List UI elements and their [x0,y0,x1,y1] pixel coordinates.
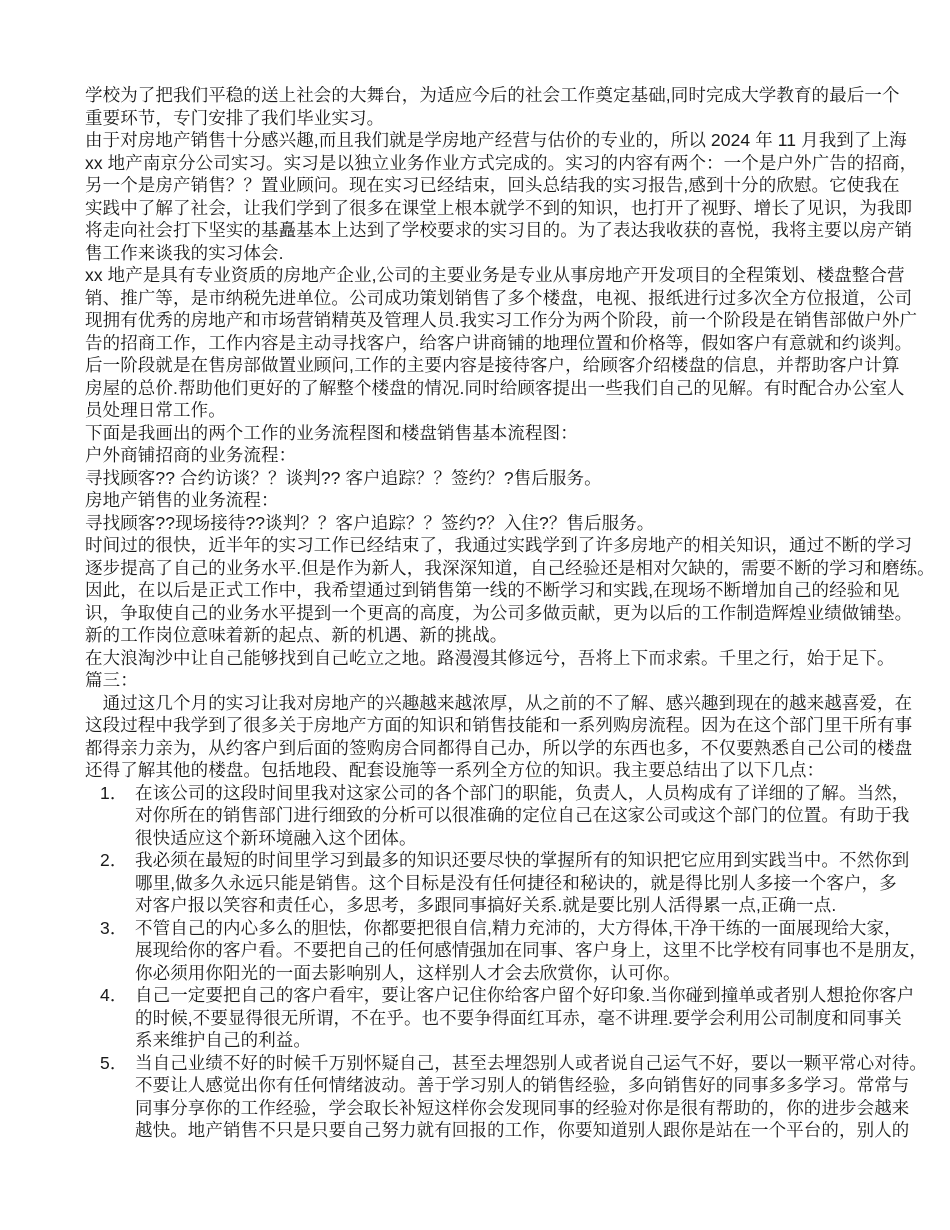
text-line: 寻找顾客??现场接待??谈判？？客户追踪？？签约?？入住?？售后服务。 [85,512,947,535]
text-line: 房屋的总价.帮助他们更好的了解整个楼盘的情况.同时给顾客提出一些我们自己的见解。… [85,377,947,400]
line-text: 销、推广等，是市纳税先进单位。公司成功策划销售了多个楼盘，电视、报纸进行过多次全… [85,288,912,308]
line-text: 篇三： [85,670,138,690]
line-text: 自己一定要把自己的客户看牢，要让客户记住你给客户留个好印象.当你碰到撞单或者别人… [135,985,914,1005]
text-line: 4．自己一定要把自己的客户看牢，要让客户记住你给客户留个好印象.当你碰到撞单或者… [85,984,947,1007]
text-line: 后一阶段就是在售房部做置业顾问,工作的主要内容是接待客户，给顾客介绍楼盘的信息，… [85,354,947,377]
document-body: 学校为了把我们平稳的送上社会的大舞台，为适应今后的社会工作奠定基础,同时完成大学… [85,84,947,1142]
text-line: 同事分享你的工作经验，学会取长补短这样你会发现同事的经验对你是很有帮助的，你的进… [85,1097,947,1120]
line-text: 学校为了把我们平稳的送上社会的大舞台，为适应今后的社会工作奠定基础,同时完成大学… [85,85,900,105]
text-line: xx 地产南京分公司实习。实习是以独立业务作业方式完成的。实习的内容有两个：一个… [85,152,947,175]
text-line: 越快。地产销售不只是只要自己努力就有回报的工作，你要知道别人跟你是站在一个平台的… [85,1119,947,1142]
text-line: 这段过程中我学到了很多关于房地产方面的知识和销售技能和一系列购房流程。因为在这个… [85,714,947,737]
text-line: 识，争取使自己的业务水平提到一个更高的高度，为公司多做贡献，更为以后的工作制造辉… [85,602,947,625]
line-text: 后一阶段就是在售房部做置业顾问,工作的主要内容是接待客户，给顾客介绍楼盘的信息，… [85,355,900,375]
text-line: 将走向社会打下坚实的基矗基本上达到了学校要求的实习目的。为了表达我收获的喜悦，我… [85,219,947,242]
line-text: 现拥有优秀的房地产和市场营销精英及管理人员.我实习工作分为两个阶段，前一个阶段是… [85,310,917,330]
line-text: 越快。地产销售不只是只要自己努力就有回报的工作，你要知道别人跟你是站在一个平台的… [135,1120,909,1140]
line-text: 你必须用你阳光的一面去影响别人，这样别人才会去欣赏你，认可你。 [135,963,681,983]
text-line: 在大浪淘沙中让自己能够找到自己屹立之地。路漫漫其修远兮，吾将上下而求索。千里之行… [85,647,947,670]
list-number: 2． [100,849,135,872]
text-line: 实践中了解了社会，让我们学到了很多在课堂上根本就学不到的知识，也打开了视野、增长… [85,197,947,220]
line-text: 展现给你的客户看。不要把自己的任何感情强加在同事、客户身上，这里不比学校有同事也… [135,940,927,960]
text-line: 展现给你的客户看。不要把自己的任何感情强加在同事、客户身上，这里不比学校有同事也… [85,939,947,962]
text-line: 售工作来谈我的实习体会. [85,242,947,265]
text-line: 因此，在以后是正式工作中，我希望通过到销售第一线的不断学习和实践,在现场不断增加… [85,579,947,602]
line-text: 重要环节，专门安排了我们毕业实习。 [85,108,384,128]
line-text: 在该公司的这段时间里我对这家公司的各个部门的职能，负责人，人员构成有了详细的了解… [135,783,909,803]
line-text: 在大浪淘沙中让自己能够找到自己屹立之地。路漫漫其修远兮，吾将上下而求索。千里之行… [85,648,895,668]
line-text: 很快适应这个新环境融入这个团体。 [135,828,417,848]
document-page: 学校为了把我们平稳的送上社会的大舞台，为适应今后的社会工作奠定基础,同时完成大学… [0,0,950,1230]
text-line: 逐步提高了自己的业务水平.但是作为新人，我深深知道，自己经验还是相对欠缺的，需要… [85,557,947,580]
line-text: 识，争取使自己的业务水平提到一个更高的高度，为公司多做贡献，更为以后的工作制造辉… [85,603,912,623]
text-line: 通过这几个月的实习让我对房地产的兴趣越来越浓厚，从之前的不了解、感兴趣到现在的越… [85,692,947,715]
text-line: 另一个是房产销售？？置业顾问。现在实习已经结束，回头总结我的实习报告,感到十分的… [85,174,947,197]
text-line: 很快适应这个新环境融入这个团体。 [85,827,947,850]
text-line: 5．当自己业绩不好的时候千万别怀疑自己，甚至去埋怨别人或者说自己运气不好，要以一… [85,1052,947,1075]
line-text: 哪里,做多久永远只能是销售。这个目标是没有任何捷径和秘诀的，就是得比别人多接一个… [135,873,897,893]
text-line: 重要环节，专门安排了我们毕业实习。 [85,107,947,130]
line-text: 售工作来谈我的实习体会. [85,243,284,263]
text-line: 2．我必须在最短的时间里学习到最多的知识还要尽快的掌握所有的知识把它应用到实践当… [85,849,947,872]
text-line: 哪里,做多久永远只能是销售。这个目标是没有任何捷径和秘诀的，就是得比别人多接一个… [85,872,947,895]
text-line: xx 地产是具有专业资质的房地产企业,公司的主要业务是专业从事房地产开发项目的全… [85,264,947,287]
list-number: 3． [100,917,135,940]
line-text: 不管自己的内心多么的胆怯，你都要把很自信,精力充沛的，大方得体,干净干练的一面展… [135,918,902,938]
line-text: 房屋的总价.帮助他们更好的了解整个楼盘的情况.同时给顾客提出一些我们自己的见解。… [85,378,905,398]
text-line: 的时候,不要显得很无所谓，不在乎。也不要争得面红耳赤，毫不讲理.要学会利用公司制… [85,1007,947,1030]
line-text: 我必须在最短的时间里学习到最多的知识还要尽快的掌握所有的知识把它应用到实践当中。… [135,850,909,870]
line-text: 另一个是房产销售？？置业顾问。现在实习已经结束，回头总结我的实习报告,感到十分的… [85,175,900,195]
line-text: xx 地产是具有专业资质的房地产企业,公司的主要业务是专业从事房地产开发项目的全… [85,265,905,285]
line-text: 将走向社会打下坚实的基矗基本上达到了学校要求的实习目的。为了表达我收获的喜悦，我… [85,220,912,240]
line-text: 都得亲力亲为，从约客户到后面的签购房合同都得自己办，所以学的东西也多，不仅要熟悉… [85,738,912,758]
line-text: 同事分享你的工作经验，学会取长补短这样你会发现同事的经验对你是很有帮助的，你的进… [135,1098,909,1118]
list-number: 5． [100,1052,135,1075]
line-text: 对你所在的销售部门进行细致的分析可以很准确的定位自己在这家公司或这个部门的位置。… [135,805,909,825]
text-line: 由于对房地产销售十分感兴趣,而且我们就是学房地产经营与估价的专业的，所以 202… [85,129,947,152]
text-line: 系来维护自己的利益。 [85,1029,947,1052]
text-line: 新的工作岗位意味着新的起点、新的机遇、新的挑战。 [85,624,947,647]
line-text: 户外商铺招商的业务流程： [85,445,296,465]
line-text: 房地产销售的业务流程： [85,490,279,510]
line-text: 通过这几个月的实习让我对房地产的兴趣越来越浓厚，从之前的不了解、感兴趣到现在的越… [85,693,912,713]
text-line: 都得亲力亲为，从约客户到后面的签购房合同都得自己办，所以学的东西也多，不仅要熟悉… [85,737,947,760]
text-line: 下面是我画出的两个工作的业务流程图和楼盘销售基本流程图： [85,422,947,445]
list-number: 1． [100,782,135,805]
line-text: 下面是我画出的两个工作的业务流程图和楼盘销售基本流程图： [85,423,578,443]
line-text: 逐步提高了自己的业务水平.但是作为新人，我深深知道，自己经验还是相对欠缺的，需要… [85,558,935,578]
text-line: 对客户报以笑容和责任心，多思考，多跟同事搞好关系.就是要比别人活得累一点,正确一… [85,894,947,917]
line-text: 不要让人感觉出你有任何情绪波动。善于学习别人的销售经验，多向销售好的同事多多学习… [135,1075,909,1095]
line-text: 告的招商工作，工作内容是主动寻找客户，给客户讲商铺的地理位置和价格等，假如客户有… [85,333,912,353]
text-line: 销、推广等，是市纳税先进单位。公司成功策划销售了多个楼盘，电视、报纸进行过多次全… [85,287,947,310]
line-text: 因此，在以后是正式工作中，我希望通过到销售第一线的不断学习和实践,在现场不断增加… [85,580,900,600]
line-text: 对客户报以笑容和责任心，多思考，多跟同事搞好关系.就是要比别人活得累一点,正确一… [135,895,836,915]
list-number: 4． [100,984,135,1007]
text-line: 还得了解其他的楼盘。包括地段、配套设施等一系列全方位的知识。我主要总结出了以下几… [85,759,947,782]
line-text: 的时候,不要显得很无所谓，不在乎。也不要争得面红耳赤，毫不讲理.要学会利用公司制… [135,1008,902,1028]
line-text: 时间过的很快，近半年的实习工作已经结束了，我通过实践学到了许多房地产的相关知识，… [85,535,912,555]
line-text: xx 地产南京分公司实习。实习是以独立业务作业方式完成的。实习的内容有两个：一个… [85,153,917,173]
line-text: 寻找顾客??现场接待??谈判？？客户追踪？？签约?？入住?？售后服务。 [85,513,654,533]
text-line: 1．在该公司的这段时间里我对这家公司的各个部门的职能，负责人，人员构成有了详细的… [85,782,947,805]
line-text: 系来维护自己的利益。 [135,1030,311,1050]
line-text: 实践中了解了社会，让我们学到了很多在课堂上根本就学不到的知识，也打开了视野、增长… [85,198,912,218]
text-line: 现拥有优秀的房地产和市场营销精英及管理人员.我实习工作分为两个阶段，前一个阶段是… [85,309,947,332]
line-text: 员处理日常工作。 [85,400,226,420]
text-line: 时间过的很快，近半年的实习工作已经结束了，我通过实践学到了许多房地产的相关知识，… [85,534,947,557]
text-line: 你必须用你阳光的一面去影响别人，这样别人才会去欣赏你，认可你。 [85,962,947,985]
line-text: 还得了解其他的楼盘。包括地段、配套设施等一系列全方位的知识。我主要总结出了以下几… [85,760,824,780]
line-text: 当自己业绩不好的时候千万别怀疑自己，甚至去埋怨别人或者说自己运气不好，要以一颗平… [135,1053,927,1073]
line-text: 由于对房地产销售十分感兴趣,而且我们就是学房地产经营与估价的专业的，所以 202… [85,130,907,150]
line-text: 这段过程中我学到了很多关于房地产方面的知识和销售技能和一系列购房流程。因为在这个… [85,715,912,735]
text-line: 告的招商工作，工作内容是主动寻找客户，给客户讲商铺的地理位置和价格等，假如客户有… [85,332,947,355]
text-line: 篇三： [85,669,947,692]
line-text: 新的工作岗位意味着新的起点、新的机遇、新的挑战。 [85,625,507,645]
text-line: 户外商铺招商的业务流程： [85,444,947,467]
line-text: 寻找顾客?? 合约访谈？？谈判?? 客户追踪？？签约？?售后服务。 [85,468,602,488]
text-line: 房地产销售的业务流程： [85,489,947,512]
text-line: 学校为了把我们平稳的送上社会的大舞台，为适应今后的社会工作奠定基础,同时完成大学… [85,84,947,107]
text-line: 不要让人感觉出你有任何情绪波动。善于学习别人的销售经验，多向销售好的同事多多学习… [85,1074,947,1097]
text-line: 3．不管自己的内心多么的胆怯，你都要把很自信,精力充沛的，大方得体,干净干练的一… [85,917,947,940]
text-line: 对你所在的销售部门进行细致的分析可以很准确的定位自己在这家公司或这个部门的位置。… [85,804,947,827]
text-line: 寻找顾客?? 合约访谈？？谈判?? 客户追踪？？签约？?售后服务。 [85,467,947,490]
text-line: 员处理日常工作。 [85,399,947,422]
